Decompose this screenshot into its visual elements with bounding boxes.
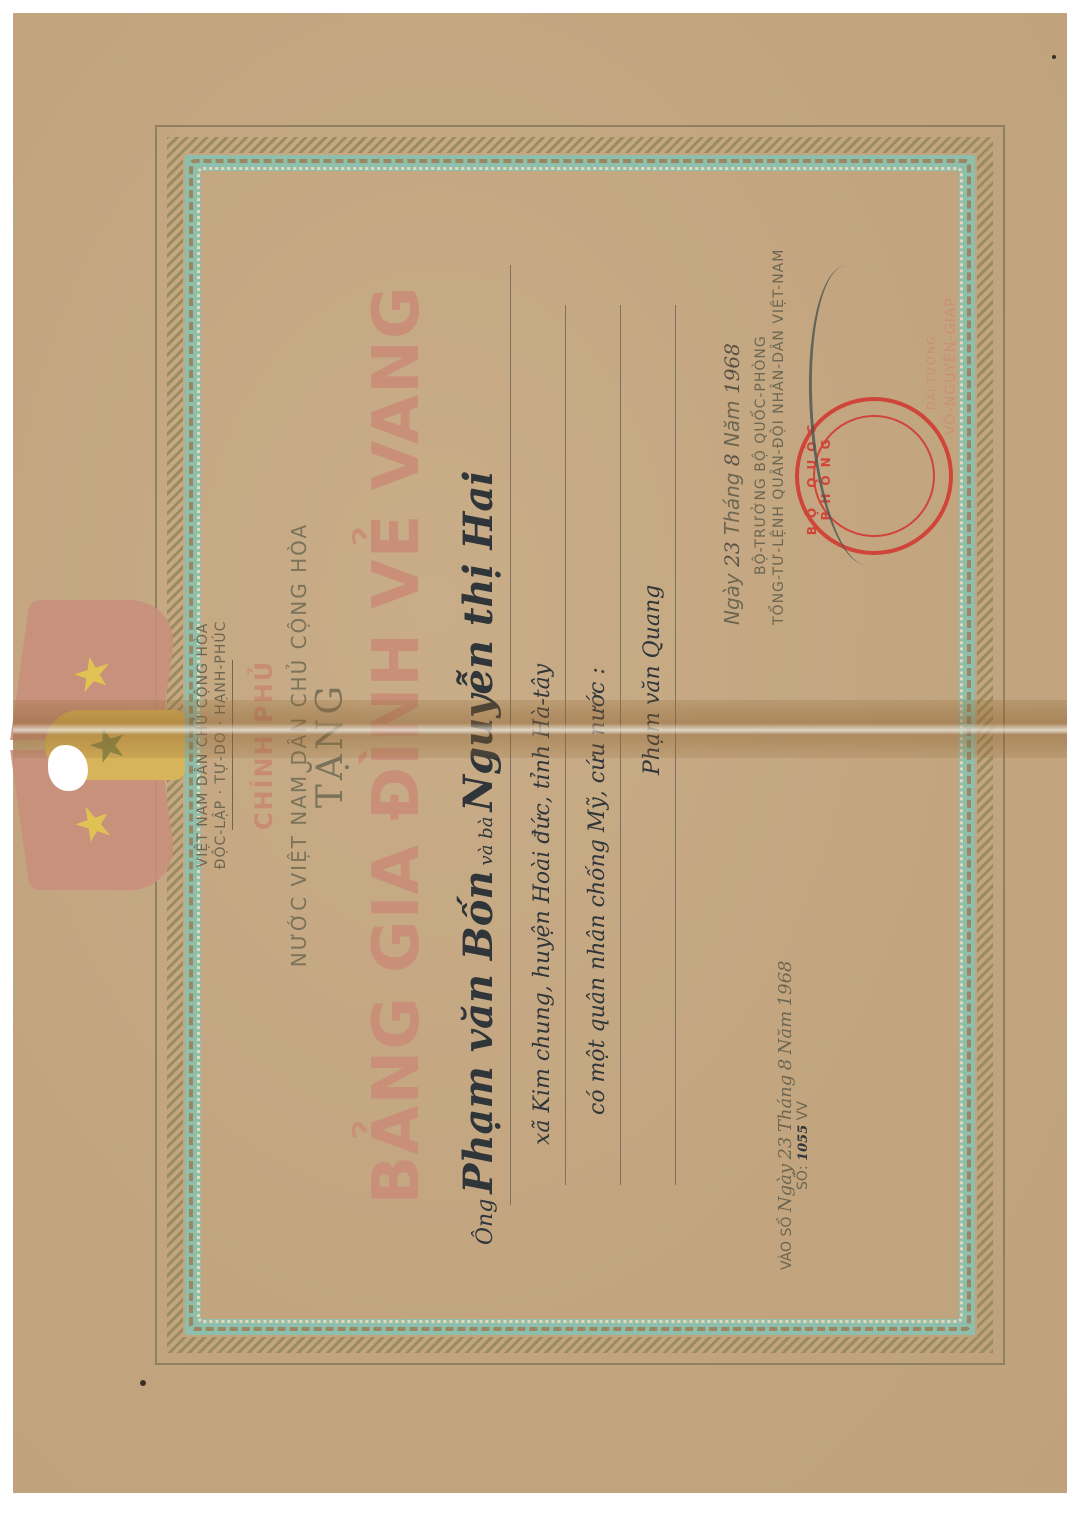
number-suffix: VV [795, 1101, 811, 1120]
signatory-rank: ĐẠI TƯỚNG [925, 335, 938, 410]
number-label: SỐ: [795, 1165, 811, 1190]
recipient-conjunction: và bà [476, 817, 497, 866]
date-label: Ngày [720, 573, 744, 625]
star-icon: ★ [66, 654, 118, 695]
tape-fold [13, 700, 1067, 758]
registry-number: SỐ: 1055 VV [795, 1101, 811, 1190]
registry-date: VÀO SỔ Ngày 23 Tháng 8 Năm 1968 [775, 961, 796, 1270]
number-value: 1055 [796, 1125, 811, 1161]
registry-label: VÀO SỔ [779, 1217, 795, 1270]
date-day: 23 [775, 1137, 796, 1160]
stain-spot [140, 1380, 146, 1386]
recipient-prefix: Ông [473, 1199, 498, 1245]
signatory-title-2: TỔNG-TƯ-LỆNH QUÂN-ĐỘI NHÂN-DÂN VIỆT-NAM [771, 249, 787, 625]
date-label: Năm [720, 400, 744, 447]
signatory-title-1: BỘ-TRƯỞNG BỘ QUỐC-PHÒNG [753, 335, 769, 575]
date-label: Tháng [720, 473, 744, 536]
date-year: 1968 [775, 961, 796, 1007]
recipient-wife: Nguyễn thị Hai [455, 471, 502, 812]
recipient-husband: Phạm văn Bốn [455, 871, 502, 1194]
date-month: 8 [720, 453, 744, 466]
stain-spot [1052, 55, 1056, 59]
issue-date: Ngày 23 Tháng 8 Năm 1968 [720, 343, 744, 625]
date-label: Năm [775, 1011, 796, 1055]
date-month: 8 [775, 1059, 796, 1070]
star-icon: ★ [68, 804, 120, 845]
signatory-name: VÕ-NGUYÊN-GIÁP [943, 297, 959, 435]
date-year: 1968 [720, 343, 744, 394]
date-day: 23 [720, 541, 744, 566]
date-label: Ngày [775, 1164, 796, 1212]
date-label: Tháng [775, 1075, 796, 1132]
